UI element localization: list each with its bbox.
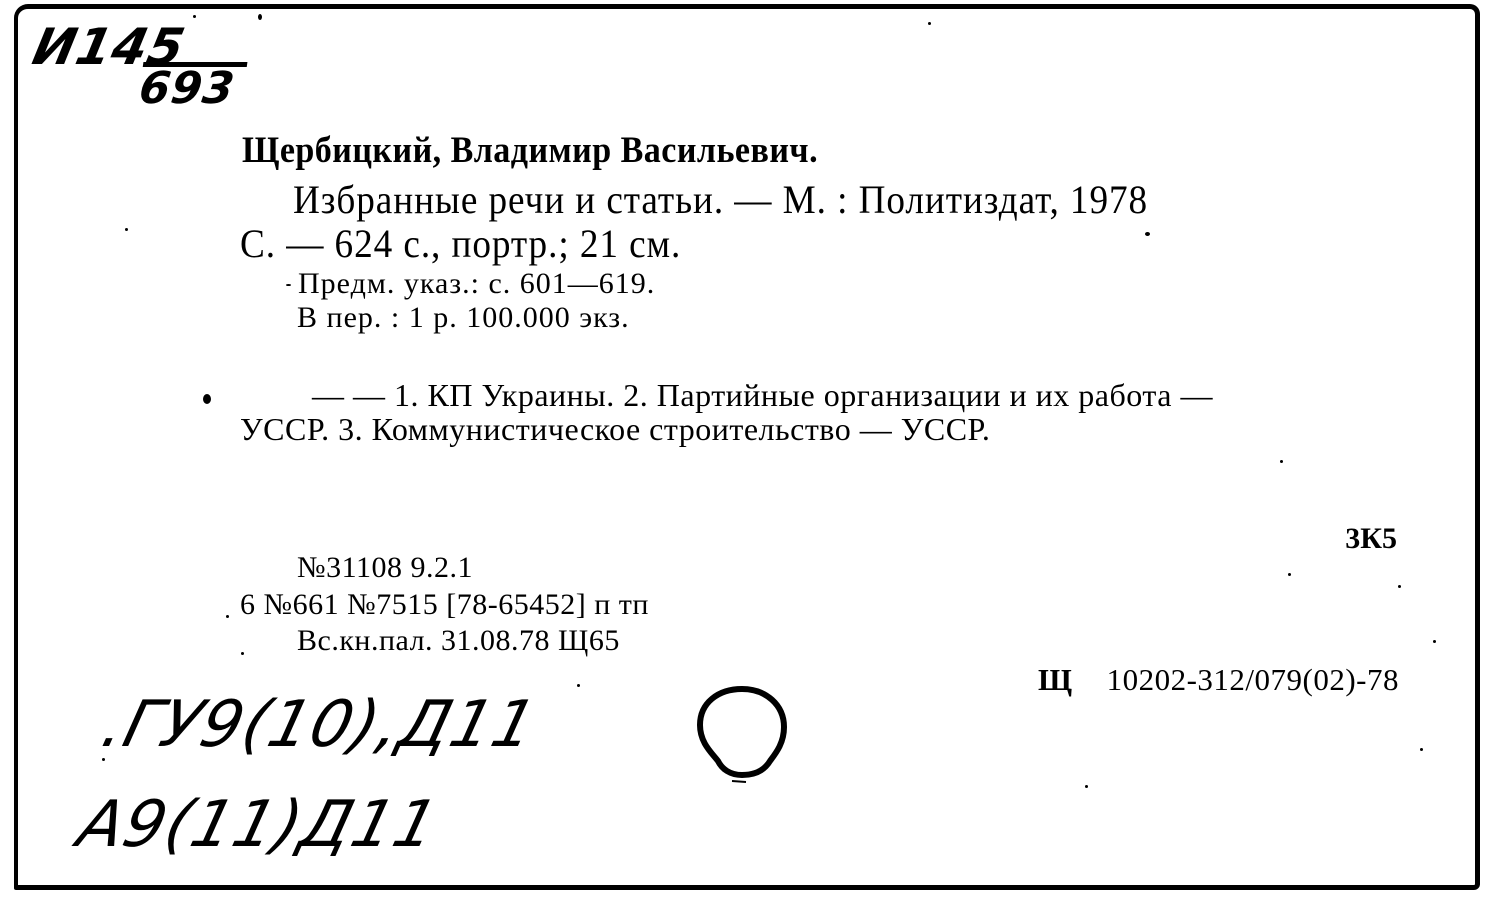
- author-heading: Щербицкий, Владимир Васильевич.: [242, 129, 818, 172]
- classification-mark: 3К5: [1345, 522, 1397, 556]
- scan-speck: [193, 15, 196, 18]
- call-number-sub: 693: [137, 62, 248, 111]
- shelf-mark-1: .ГУ9(10),Д11: [95, 688, 544, 762]
- scan-speck: [125, 228, 128, 231]
- subject-tracings: — — 1. КП Украины. 2. Партийные организа…: [240, 378, 1213, 446]
- scan-speck: [241, 652, 244, 655]
- scan-speck: [102, 758, 105, 761]
- scan-speck: [226, 615, 229, 618]
- title-imprint: Избранные речи и статьи. — М. : Политизд…: [293, 176, 1148, 223]
- note-subject-index: Предм. указ.: с. 601—619.: [298, 267, 655, 301]
- scan-speck: [1280, 460, 1283, 463]
- tech-line-1: №31108 9.2.1: [297, 551, 473, 585]
- scan-speck: [1433, 640, 1436, 643]
- scan-speck: [1145, 232, 1150, 236]
- shelf-mark-2: А9(11)Д11: [71, 788, 446, 862]
- scan-speck: [258, 14, 262, 20]
- scan-speck: [1420, 748, 1423, 751]
- note-price-copies: В пер. : 1 р. 100.000 экз.: [297, 301, 630, 335]
- oval-stamp-icon: [696, 683, 788, 783]
- subject-line-2: УССР. 3. Коммунистическое строительство …: [240, 411, 990, 447]
- scan-speck: [1288, 573, 1291, 576]
- scan-speck: [1398, 585, 1401, 588]
- catalog-code: Щ10202-312/079(02)-78: [1038, 662, 1399, 698]
- tech-line-3: Вс.кн.пал. 31.08.78 Щ65: [297, 624, 620, 658]
- scan-speck: [577, 684, 580, 687]
- collation: С. — 624 с., портр.; 21 см.: [240, 220, 681, 267]
- catalog-code-number: 10202-312/079(02)-78: [1107, 662, 1399, 697]
- ink-dot: [203, 394, 211, 404]
- scan-speck: [928, 22, 931, 25]
- tech-line-2: 6 №661 №7515 [78-65452] п тп: [240, 588, 649, 622]
- scan-speck: [1085, 785, 1088, 788]
- catalog-code-letter: Щ: [1038, 662, 1073, 697]
- scan-speck: [286, 284, 291, 286]
- subject-line-1: — — 1. КП Украины. 2. Партийные организа…: [240, 378, 1213, 412]
